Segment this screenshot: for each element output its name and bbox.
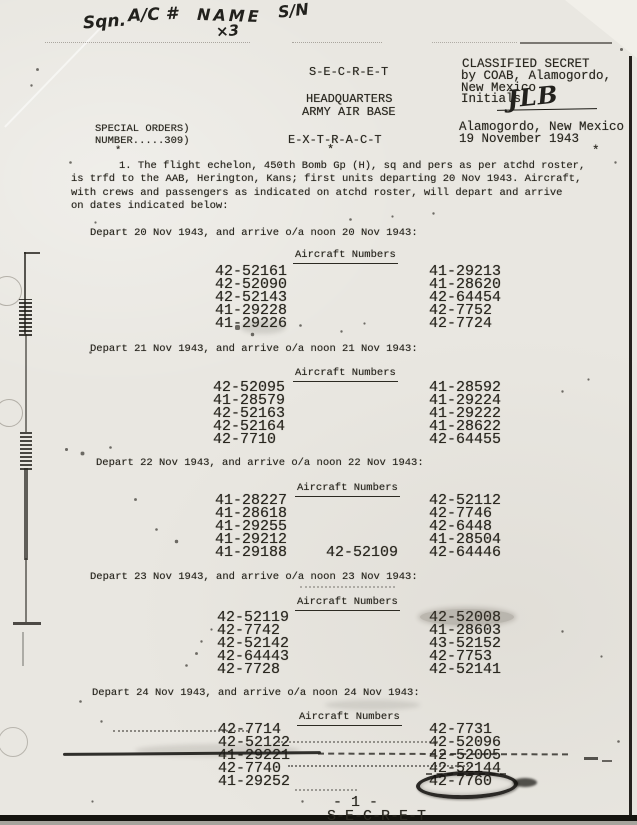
order-paragraph: 1. The flight echelon, 450th Bomb Gp (H)… (71, 160, 585, 213)
section-heading: Depart 20 Nov 1943, and arrive o/a noon … (90, 227, 418, 240)
dash-artifact (602, 760, 612, 762)
dotted-line-artifact (432, 42, 517, 43)
aircraft-numbers-title: Aircraft Numbers (297, 711, 402, 726)
aircraft-number-column-left: 42-52161 42-52090 42-52143 41-29228 41-2… (215, 265, 287, 330)
aircraft-number-column-left: 41-28227 41-28618 41-29255 41-29212 41-2… (215, 494, 287, 559)
dotted-artifact (300, 586, 395, 588)
aircraft-number-column-right: 42-52112 42-7746 42-6448 41-28504 42-644… (429, 494, 501, 559)
handwritten-sqn-label: Sqn. (82, 11, 126, 34)
aircraft-numbers-title: Aircraft Numbers (293, 249, 398, 264)
dotted-line-artifact (292, 42, 382, 43)
paragraph-line: with crews and passengers as indicated o… (71, 187, 585, 200)
margin-mark (19, 299, 32, 336)
margin-mark (13, 622, 41, 625)
hole-punch-circle (0, 727, 28, 757)
page-edge-line-right (629, 56, 632, 825)
aircraft-number: 42-64455 (429, 433, 501, 446)
aircraft-numbers-title: Aircraft Numbers (295, 596, 400, 611)
margin-mark (25, 334, 27, 432)
asterisk-left: * (115, 145, 121, 158)
handwritten-times3-label: ×3 (215, 21, 239, 41)
page-edge-strip-bottom (0, 821, 637, 825)
extract-line: E-X-T-R-A-C-T (288, 134, 382, 147)
handwritten-serial-label: S/N (277, 0, 310, 22)
aircraft-number-column-right: 42-52008 41-28603 43-52152 42-7753 42-52… (429, 611, 501, 676)
handwritten-initials: JLB (506, 79, 560, 113)
margin-mark (20, 430, 32, 470)
corner-fold-top-right (565, 0, 637, 58)
aircraft-number: 42-7728 (217, 663, 289, 676)
dash-artifact (584, 757, 598, 760)
aircraft-numbers-title: Aircraft Numbers (295, 482, 400, 497)
paragraph-line: 1. The flight echelon, 450th Bomb Gp (H)… (71, 160, 585, 173)
line-artifact (520, 42, 612, 44)
margin-mark (25, 558, 27, 622)
dotted-artifact (278, 741, 438, 743)
army-air-base-line: ARMY AIR BASE (302, 106, 396, 119)
aircraft-number-column-right: 42-7731 42-52096 42-52005 42-52144 42-77… (429, 723, 501, 788)
order-number-line: NUMBER.....309) (95, 135, 190, 148)
margin-mark (24, 468, 28, 560)
asterisk-right: * (592, 145, 600, 159)
aircraft-number: 41-29188 (215, 546, 287, 559)
document-page: Sqn. A/C # NAME S/N ×3 S-E-C-R-E-T HEADQ… (0, 0, 637, 825)
aircraft-number: 42-52141 (429, 663, 501, 676)
strike-through-dashes (318, 753, 568, 756)
asterisk-center: * (327, 144, 334, 157)
section-heading: Depart 22 Nov 1943, and arrive o/a noon … (96, 457, 424, 470)
aircraft-number: 41-29226 (215, 317, 287, 330)
aircraft-numbers-title: Aircraft Numbers (293, 367, 398, 382)
section-heading: Depart 21 Nov 1943, and arrive o/a noon … (90, 343, 418, 356)
date-line: 19 November 1943 (459, 133, 579, 147)
dotted-artifact (113, 730, 248, 732)
aircraft-number-column-right: 41-29213 41-28620 42-64454 42-7752 42-77… (429, 265, 501, 330)
handwritten-aircraft-number-label: A/C # (128, 4, 179, 27)
dotted-line-artifact (45, 42, 250, 43)
aircraft-number: 42-64446 (429, 546, 501, 559)
aircraft-number: 42-7710 (213, 433, 285, 446)
aircraft-number: 42-7724 (429, 317, 501, 330)
smudge-artifact (325, 700, 420, 710)
margin-mark (22, 632, 24, 666)
aircraft-number: 41-29252 (218, 775, 290, 788)
aircraft-number-column-left: 42-52095 41-28579 42-52163 42-52164 42-7… (213, 381, 285, 446)
aircraft-number-column-left: 42-7714 42-52122 41-29221 42-7740 41-292… (218, 723, 290, 788)
crease-top-left (4, 18, 110, 127)
aircraft-number-middle: 42-52109 (326, 546, 398, 559)
aircraft-number-column-left: 42-52119 42-7742 42-52142 42-64443 42-77… (217, 611, 289, 676)
section-heading: Depart 23 Nov 1943, and arrive o/a noon … (90, 571, 418, 584)
dotted-artifact (288, 765, 473, 767)
paragraph-line: on dates indicated below: (71, 200, 585, 213)
margin-mark (24, 252, 40, 254)
secret-footer: S-E-C-R-E-T (327, 810, 426, 824)
aircraft-number-circled: 42-7760 (429, 775, 501, 788)
section-heading: Depart 24 Nov 1943, and arrive o/a noon … (92, 687, 420, 700)
hole-punch-circle (0, 399, 23, 427)
scan-noise-specks (0, 0, 1, 1)
secret-classification: S-E-C-R-E-T (309, 66, 388, 79)
dotted-artifact (295, 789, 357, 791)
aircraft-number-column-right: 41-28592 41-29224 41-29222 41-28622 42-6… (429, 381, 501, 446)
paragraph-line: is trfd to the AAB, Herington, Kans; fir… (71, 173, 585, 186)
